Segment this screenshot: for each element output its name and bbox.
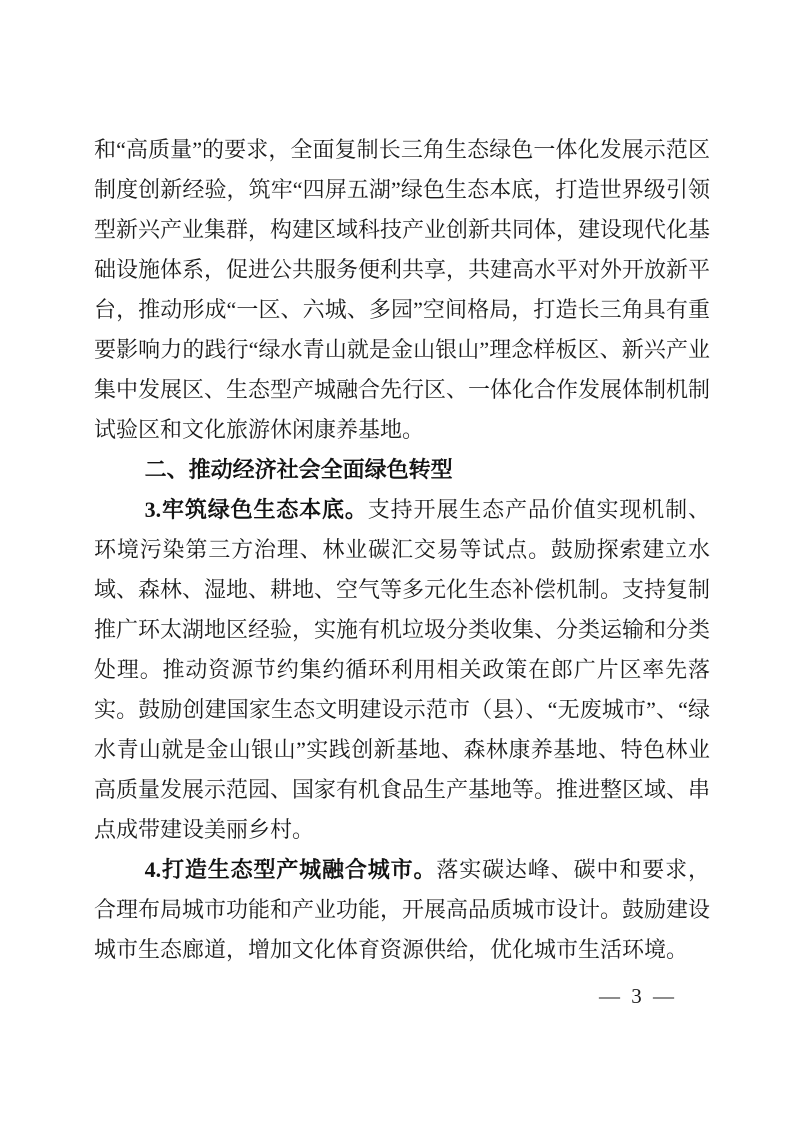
item-3-lead: 3.牢筑绿色生态本底。: [145, 497, 368, 522]
document-page: 和“高质量”的要求，全面复制长三角生态绿色一体化发展示范区制度创新经验，筑牢“四…: [0, 0, 793, 1122]
section-heading: 二、推动经济社会全面绿色转型: [94, 450, 710, 490]
page-content: 和“高质量”的要求，全面复制长三角生态绿色一体化发展示范区制度创新经验，筑牢“四…: [94, 130, 710, 970]
continuation-paragraph: 和“高质量”的要求，全面复制长三角生态绿色一体化发展示范区制度创新经验，筑牢“四…: [94, 130, 710, 450]
item-3-body: 支持开展生态产品价值实现机制、环境污染第三方治理、林业碳汇交易等试点。鼓励探索建…: [94, 497, 710, 842]
item-4-paragraph: 4.打造生态型产城融合城市。落实碳达峰、碳中和要求，合理布局城市功能和产业功能，…: [94, 850, 710, 970]
page-number: — 3 —: [599, 981, 677, 1011]
item-3-paragraph: 3.牢筑绿色生态本底。支持开展生态产品价值实现机制、环境污染第三方治理、林业碳汇…: [94, 490, 710, 850]
item-4-lead: 4.打造生态型产城融合城市。: [145, 857, 437, 882]
